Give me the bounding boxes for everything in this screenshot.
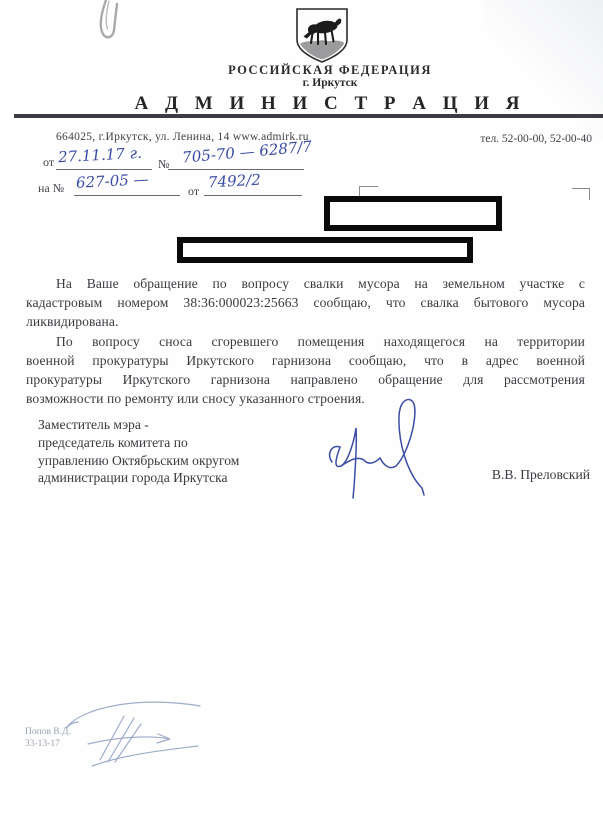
- signer-title-line: управлению Октябрьским округом: [38, 452, 358, 470]
- ref-date-handwritten: 27.11.17 г.: [58, 144, 143, 166]
- signer-title-block: Заместитель мэра - председатель комитета…: [38, 416, 358, 487]
- header-city: г. Иркутск: [80, 77, 580, 89]
- body-line: ликвидирована.: [26, 312, 585, 331]
- header-divider-rule: [14, 114, 603, 118]
- ref-from-label: от: [43, 155, 54, 170]
- paperclip-icon: [96, 0, 124, 44]
- ref-reply-from-label: от: [188, 184, 199, 199]
- ref-reply-underline: [74, 195, 180, 196]
- ref-reply-date-underline: [204, 195, 302, 196]
- ref-reply-date-handwritten: 7492/2: [208, 171, 262, 192]
- redaction-box-2: [177, 237, 473, 263]
- body-line: возможности по ремонту или сносу указанн…: [26, 389, 585, 408]
- executor-scribble-ink: [48, 694, 223, 772]
- body-line: прокуратуры Иркутского гарнизона направл…: [26, 370, 585, 389]
- header-country: РОССИЙСКАЯ ФЕДЕРАЦИЯ: [80, 63, 580, 78]
- body-line: кадастровым номером 38:36:000023:25663 с…: [26, 293, 585, 312]
- letter-body: На Ваше обращение по вопросу свалки мусо…: [26, 274, 585, 408]
- signer-title-line: администрации города Иркутска: [38, 469, 358, 487]
- addressee-corner-mark-right: [572, 188, 590, 200]
- redaction-box-1: [324, 196, 502, 231]
- ref-number-underline: [168, 169, 304, 170]
- signer-title-line: Заместитель мэра -: [38, 416, 358, 434]
- signature-ink: [320, 394, 440, 504]
- header-organization-title: А Д М И Н И С Т Р А Ц И Я: [55, 93, 603, 115]
- irkutsk-coat-of-arms: [294, 7, 350, 65]
- signer-name: В.В. Преловский: [440, 467, 590, 483]
- signer-title-line: председатель комитета по: [38, 434, 358, 452]
- scanned-letter-page: РОССИЙСКАЯ ФЕДЕРАЦИЯ г. Иркутск А Д М И …: [0, 0, 603, 840]
- ref-reply-number-handwritten: 627-05 —: [76, 170, 149, 192]
- body-line: На Ваше обращение по вопросу свалки мусо…: [26, 274, 585, 293]
- header-phone: тел. 52-00-00, 52-00-40: [420, 133, 592, 145]
- ref-reply-label: на №: [38, 181, 64, 196]
- body-line: военной прокуратуры Иркутского гарнизона…: [26, 351, 585, 370]
- body-line: По вопросу сноса сгоревшего помещения на…: [26, 332, 585, 351]
